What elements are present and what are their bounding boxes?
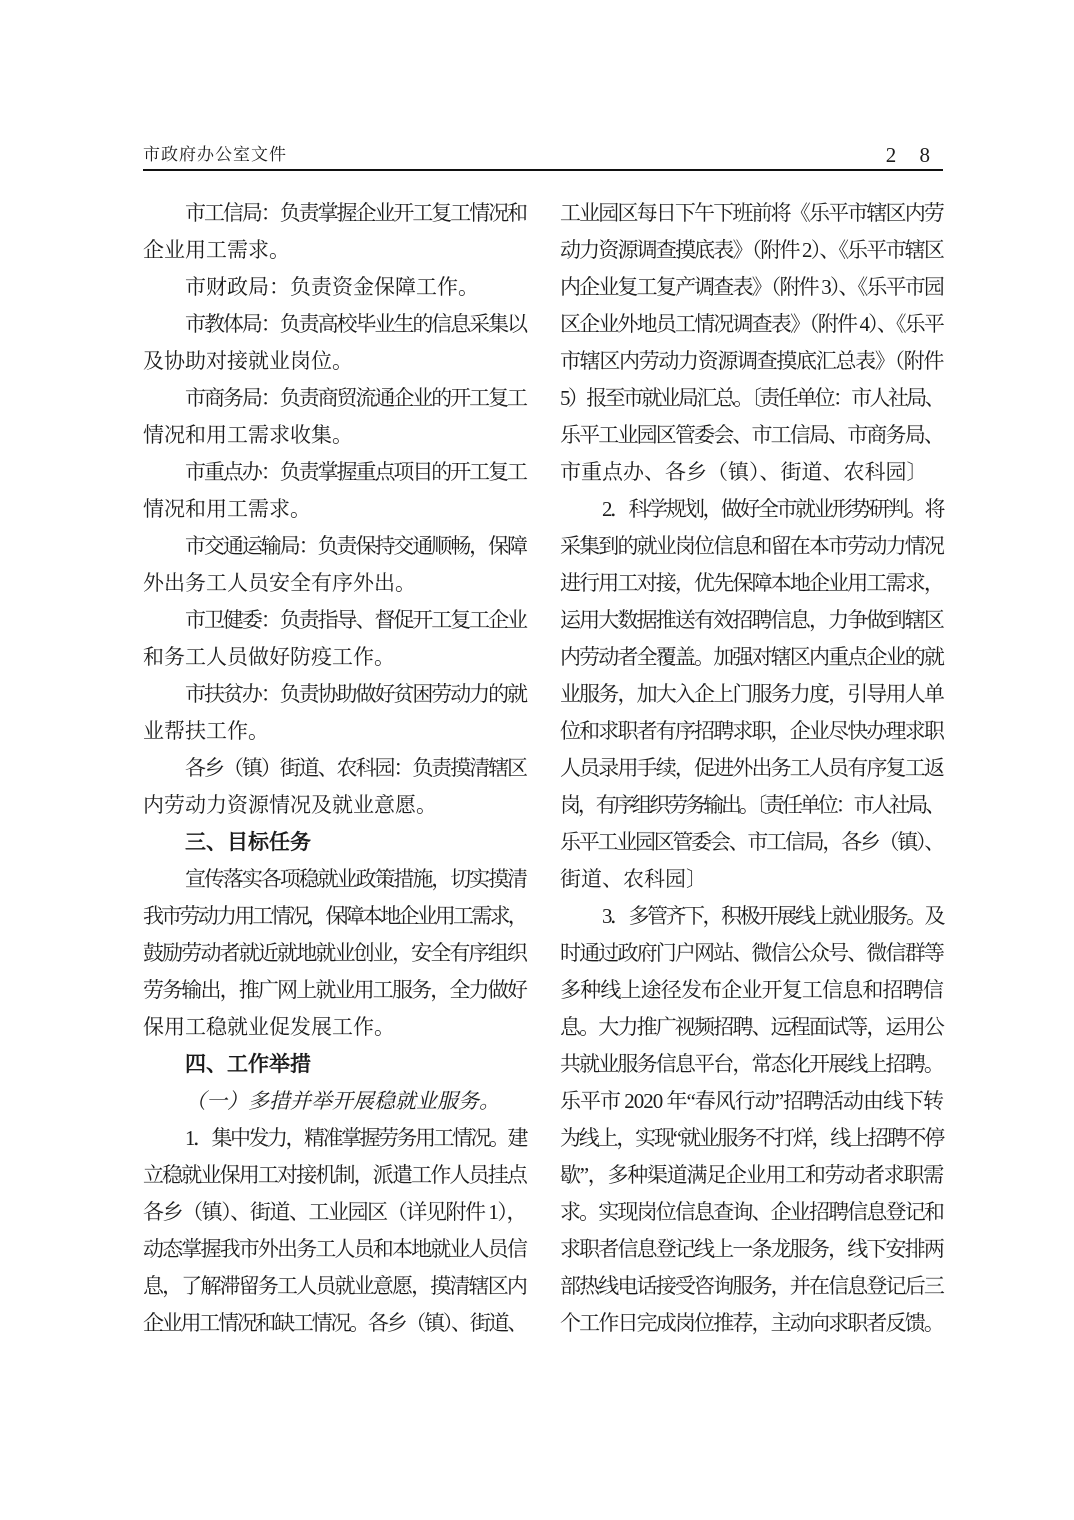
text-line-content: 内劳动力资源情况及就业意愿。	[143, 787, 437, 824]
text-line-content: 街道、农科园〕	[560, 861, 707, 898]
text-line-content: 内劳动者全覆盖。加强对辖区内重点企业的就	[560, 639, 943, 676]
text-line: 个工作日完成岗位推荐，主动向求职者反馈。	[560, 1305, 943, 1342]
text-line-content: 运用大数据推送有效招聘信息，力争做到辖区	[560, 602, 943, 639]
text-line: 三、目标任务	[143, 824, 526, 861]
text-line: 情况和用工需求。	[143, 491, 526, 528]
text-line: 乐平市 2020 年“春风行动”招聘活动由线下转	[560, 1083, 943, 1120]
text-line: 市辖区内劳动力资源调查摸底汇总表》（附件	[560, 343, 943, 380]
text-line: 企业用工情况和缺工情况。各乡（镇）、街道、	[143, 1305, 526, 1342]
text-line: 运用大数据推送有效招聘信息，力争做到辖区	[560, 602, 943, 639]
text-line: 市工信局：负责掌握企业开工复工情况和	[143, 195, 526, 232]
text-line-content: 个工作日完成岗位推荐，主动向求职者反馈。	[560, 1305, 943, 1342]
text-line: 共就业服务信息平台，常态化开展线上招聘。	[560, 1046, 943, 1083]
text-line-content: 求。实现岗位信息查询、企业招聘信息登记和	[560, 1194, 943, 1231]
text-line: 部热线电话接受咨询服务，并在信息登记后三	[560, 1268, 943, 1305]
text-line: 2．科学规划，做好全市就业形势研判。将	[560, 491, 943, 528]
text-line: 立稳就业保用工对接机制，派遣工作人员挂点	[143, 1157, 526, 1194]
text-line: 动态掌握我市外出务工人员和本地就业人员信	[143, 1231, 526, 1268]
text-line: 外出务工人员安全有序外出。	[143, 565, 526, 602]
text-line-content: 四、工作举措	[185, 1046, 311, 1083]
text-line-content: 2．科学规划，做好全市就业形势研判。将	[602, 491, 943, 528]
text-line-content: 息，了解滞留务工人员就业意愿，摸清辖区内	[143, 1268, 526, 1305]
text-line-content: 乐平工业园区管委会、市工信局、市商务局、	[560, 417, 943, 454]
text-line: 市重点办、各乡（镇）、街道、农科园〕	[560, 454, 943, 491]
text-line: 市财政局：负责资金保障工作。	[143, 269, 526, 306]
text-line: 进行用工对接，优先保障本地企业用工需求，	[560, 565, 943, 602]
text-line-content: 内企业复工复产调查表》（附件 3）、《乐平市园	[560, 269, 943, 306]
document-body: 市工信局：负责掌握企业开工复工情况和企业用工需求。市财政局：负责资金保障工作。市…	[143, 195, 943, 1342]
left-column: 市工信局：负责掌握企业开工复工情况和企业用工需求。市财政局：负责资金保障工作。市…	[143, 195, 526, 1342]
text-line-content: 人员录用手续，促进外出务工人员有序复工返	[560, 750, 943, 787]
text-line: 时通过政府门户网站、微信公众号、微信群等	[560, 935, 943, 972]
text-line: 和务工人员做好防疫工作。	[143, 639, 526, 676]
text-line-content: 市辖区内劳动力资源调查摸底汇总表》（附件	[560, 343, 943, 380]
text-line-content: 共就业服务信息平台，常态化开展线上招聘。	[560, 1046, 943, 1083]
text-line: 动力资源调查摸底表》（附件 2）、《乐平市辖区	[560, 232, 943, 269]
text-line-content: 情况和用工需求收集。	[143, 417, 353, 454]
text-line-content: 多种线上途径发布企业开复工信息和招聘信	[560, 972, 943, 1009]
text-line-content: 时通过政府门户网站、微信公众号、微信群等	[560, 935, 943, 972]
text-line-content: 市重点办、各乡（镇）、街道、农科园〕	[560, 454, 928, 491]
text-line: 区企业外地员工情况调查表》（附件 4）、《乐平	[560, 306, 943, 343]
text-line-content: 市卫健委：负责指导、督促开工复工企业	[185, 602, 526, 639]
text-line: 街道、农科园〕	[560, 861, 943, 898]
text-line-content: 市扶贫办：负责协助做好贫困劳动力的就	[185, 676, 526, 713]
text-line-content: 位和求职者有序招聘求职，企业尽快办理求职	[560, 713, 943, 750]
text-line-content: 保用工稳就业促发展工作。	[143, 1009, 395, 1046]
text-line: 业服务，加大入企上门服务力度，引导用人单	[560, 676, 943, 713]
text-line-content: 5）报至市就业局汇总。〔责任单位：市人社局、	[560, 380, 943, 417]
text-line-content: 乐平工业园区管委会、市工信局，各乡（镇）、	[560, 824, 943, 861]
text-line: 各乡（镇）、街道、工业园区（详见附件 1），	[143, 1194, 526, 1231]
text-line-content: 外出务工人员安全有序外出。	[143, 565, 416, 602]
text-line: 1．集中发力，精准掌握劳务用工情况。建	[143, 1120, 526, 1157]
text-line-content: 部热线电话接受咨询服务，并在信息登记后三	[560, 1268, 943, 1305]
text-line: 求职者信息登记线上一条龙服务，线下安排两	[560, 1231, 943, 1268]
text-line-content: 市交通运输局：负责保持交通顺畅，保障	[185, 528, 526, 565]
text-line: 各乡（镇）街道、农科园：负责摸清辖区	[143, 750, 526, 787]
text-line-content: 劳务输出，推广网上就业用工服务，全力做好	[143, 972, 526, 1009]
page-content: 市政府办公室文件 2 8 市工信局：负责掌握企业开工复工情况和企业用工需求。市财…	[143, 143, 943, 1342]
text-line-content: 乐平市 2020 年“春风行动”招聘活动由线下转	[560, 1083, 943, 1120]
text-line: 内企业复工复产调查表》（附件 3）、《乐平市园	[560, 269, 943, 306]
text-line: 鼓励劳动者就近就地就业创业，安全有序组织	[143, 935, 526, 972]
text-line-content: 业服务，加大入企上门服务力度，引导用人单	[560, 676, 943, 713]
text-line-content: 企业用工情况和缺工情况。各乡（镇）、街道、	[143, 1305, 526, 1342]
header-title: 市政府办公室文件	[143, 143, 287, 167]
text-line-content: 企业用工需求。	[143, 232, 290, 269]
text-line-content: 各乡（镇）、街道、工业园区（详见附件 1），	[143, 1194, 526, 1231]
text-line-content: 市商务局：负责商贸流通企业的开工复工	[185, 380, 526, 417]
text-line-content: 各乡（镇）街道、农科园：负责摸清辖区	[185, 750, 526, 787]
text-line-content: （一）多措并举开展稳就业服务。	[185, 1083, 500, 1120]
text-line: 市商务局：负责商贸流通企业的开工复工	[143, 380, 526, 417]
text-line: 乐平工业园区管委会、市工信局，各乡（镇）、	[560, 824, 943, 861]
text-line-content: 宣传落实各项稳就业政策措施，切实摸清	[185, 861, 526, 898]
text-line-content: 和务工人员做好防疫工作。	[143, 639, 395, 676]
page-header: 市政府办公室文件 2 8	[143, 143, 943, 167]
text-line: 情况和用工需求收集。	[143, 417, 526, 454]
text-line: 市交通运输局：负责保持交通顺畅，保障	[143, 528, 526, 565]
text-line-content: 为线上，实现“就业服务不打烊，线上招聘不停	[560, 1120, 943, 1157]
text-line: 歇”，多种渠道满足企业用工和劳动者求职需	[560, 1157, 943, 1194]
text-line: 保用工稳就业促发展工作。	[143, 1009, 526, 1046]
text-line: （一）多措并举开展稳就业服务。	[143, 1083, 526, 1120]
text-line: 及协助对接就业岗位。	[143, 343, 526, 380]
text-line: 市重点办：负责掌握重点项目的开工复工	[143, 454, 526, 491]
text-line: 求。实现岗位信息查询、企业招聘信息登记和	[560, 1194, 943, 1231]
text-line: 内劳动力资源情况及就业意愿。	[143, 787, 526, 824]
text-line: 内劳动者全覆盖。加强对辖区内重点企业的就	[560, 639, 943, 676]
document-page: 市政府办公室文件 2 8 市工信局：负责掌握企业开工复工情况和企业用工需求。市财…	[0, 0, 1074, 1520]
text-line-content: 区企业外地员工情况调查表》（附件 4）、《乐平	[560, 306, 943, 343]
text-line: 劳务输出，推广网上就业用工服务，全力做好	[143, 972, 526, 1009]
text-line: 市卫健委：负责指导、督促开工复工企业	[143, 602, 526, 639]
text-line: 人员录用手续，促进外出务工人员有序复工返	[560, 750, 943, 787]
text-line: 息。大力推广视频招聘、远程面试等，运用公	[560, 1009, 943, 1046]
text-line: 多种线上途径发布企业开复工信息和招聘信	[560, 972, 943, 1009]
text-line-content: 情况和用工需求。	[143, 491, 311, 528]
text-line: 为线上，实现“就业服务不打烊，线上招聘不停	[560, 1120, 943, 1157]
text-line: 岗，有序组织劳务输出。〔责任单位：市人社局、	[560, 787, 943, 824]
text-line: 3．多管齐下，积极开展线上就业服务。及	[560, 898, 943, 935]
text-line: 乐平工业园区管委会、市工信局、市商务局、	[560, 417, 943, 454]
text-line: 我市劳动力用工情况，保障本地企业用工需求，	[143, 898, 526, 935]
text-line: 采集到的就业岗位信息和留在本市劳动力情况	[560, 528, 943, 565]
right-column: 工业园区每日下午下班前将《乐平市辖区内劳动力资源调查摸底表》（附件 2）、《乐平…	[560, 195, 943, 1342]
text-line-content: 动力资源调查摸底表》（附件 2）、《乐平市辖区	[560, 232, 943, 269]
text-line-content: 鼓励劳动者就近就地就业创业，安全有序组织	[143, 935, 526, 972]
text-line: 市扶贫办：负责协助做好贫困劳动力的就	[143, 676, 526, 713]
text-line-content: 业帮扶工作。	[143, 713, 269, 750]
text-line-content: 进行用工对接，优先保障本地企业用工需求，	[560, 565, 943, 602]
text-line-content: 市教体局：负责高校毕业生的信息采集以	[185, 306, 526, 343]
text-line-content: 及协助对接就业岗位。	[143, 343, 353, 380]
text-line-content: 歇”，多种渠道满足企业用工和劳动者求职需	[560, 1157, 943, 1194]
text-line-content: 息。大力推广视频招聘、远程面试等，运用公	[560, 1009, 943, 1046]
text-line-content: 市财政局：负责资金保障工作。	[185, 269, 479, 306]
text-line: 企业用工需求。	[143, 232, 526, 269]
page-number: 2 8	[886, 143, 943, 167]
text-line: 息，了解滞留务工人员就业意愿，摸清辖区内	[143, 1268, 526, 1305]
text-line-content: 1．集中发力，精准掌握劳务用工情况。建	[185, 1120, 526, 1157]
text-line-content: 市重点办：负责掌握重点项目的开工复工	[185, 454, 526, 491]
text-line-content: 3．多管齐下，积极开展线上就业服务。及	[602, 898, 943, 935]
header-rule	[143, 169, 943, 171]
text-line-content: 求职者信息登记线上一条龙服务，线下安排两	[560, 1231, 943, 1268]
text-line-content: 立稳就业保用工对接机制，派遣工作人员挂点	[143, 1157, 526, 1194]
text-line-content: 岗，有序组织劳务输出。〔责任单位：市人社局、	[560, 787, 943, 824]
text-line-content: 我市劳动力用工情况，保障本地企业用工需求，	[143, 898, 526, 935]
text-line: 工业园区每日下午下班前将《乐平市辖区内劳	[560, 195, 943, 232]
text-line-content: 采集到的就业岗位信息和留在本市劳动力情况	[560, 528, 943, 565]
text-line: 位和求职者有序招聘求职，企业尽快办理求职	[560, 713, 943, 750]
text-line: 宣传落实各项稳就业政策措施，切实摸清	[143, 861, 526, 898]
text-line: 5）报至市就业局汇总。〔责任单位：市人社局、	[560, 380, 943, 417]
text-line-content: 动态掌握我市外出务工人员和本地就业人员信	[143, 1231, 526, 1268]
text-line: 四、工作举措	[143, 1046, 526, 1083]
text-line-content: 市工信局：负责掌握企业开工复工情况和	[185, 195, 526, 232]
text-line: 市教体局：负责高校毕业生的信息采集以	[143, 306, 526, 343]
text-line: 业帮扶工作。	[143, 713, 526, 750]
text-line-content: 工业园区每日下午下班前将《乐平市辖区内劳	[560, 195, 943, 232]
text-line-content: 三、目标任务	[185, 824, 311, 861]
